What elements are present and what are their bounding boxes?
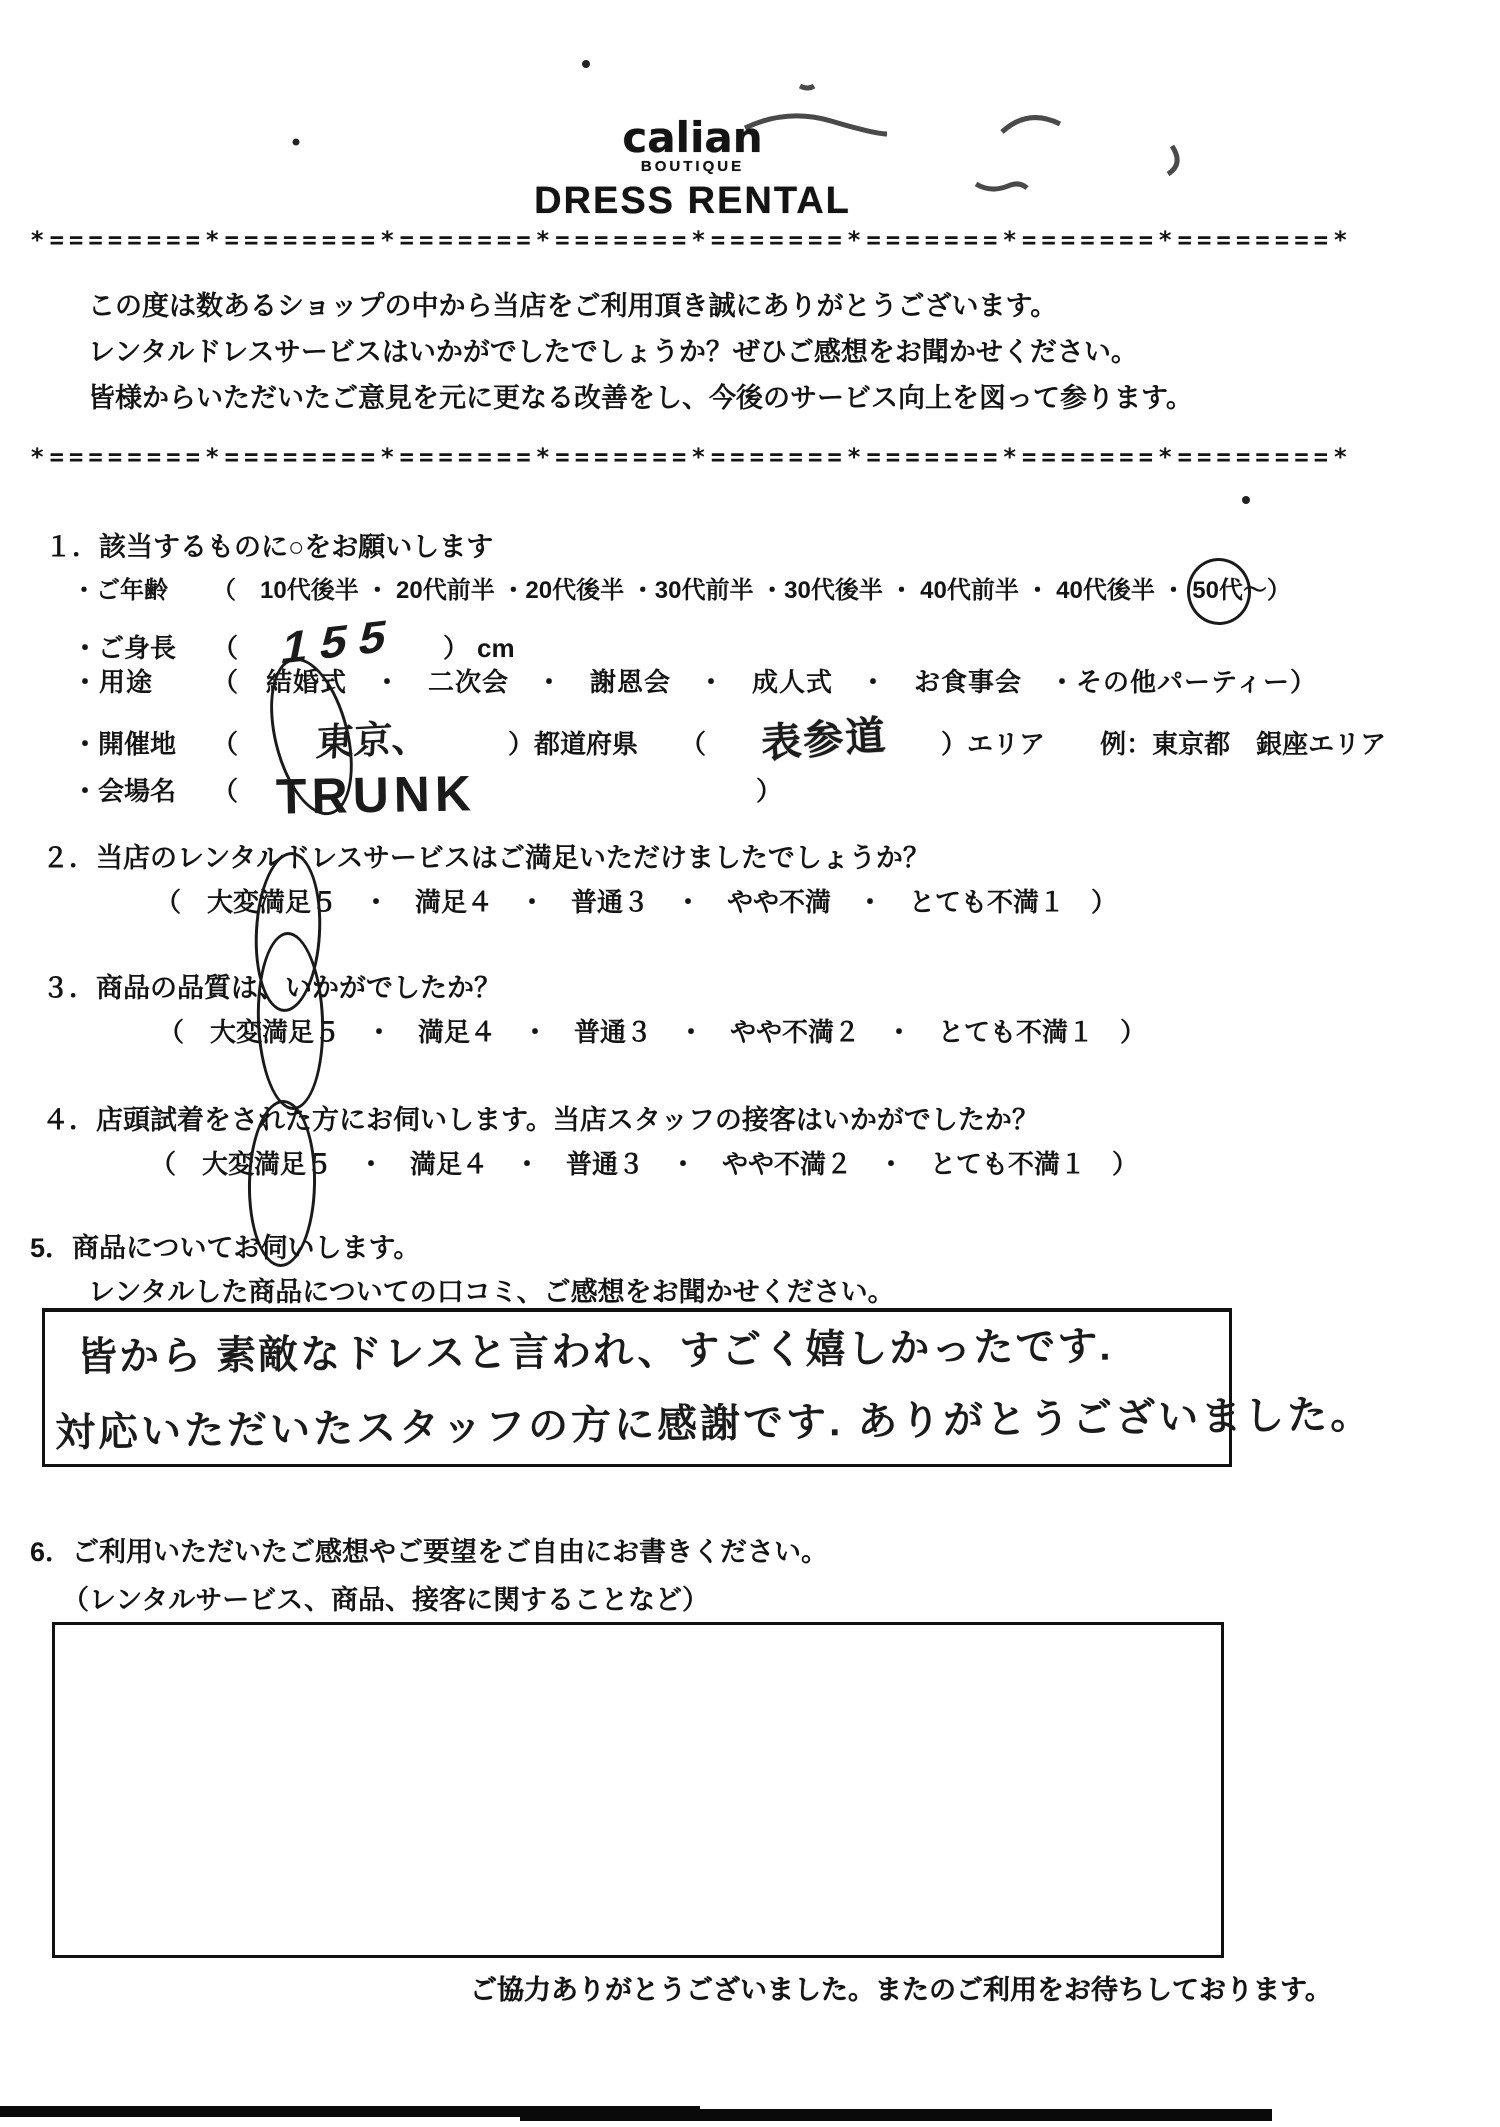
q1-height-open-paren: （ — [212, 633, 238, 663]
handwritten-comment-line-2: 対応いただいたスタッフの方に感謝です. ありがとうございました。 — [55, 1383, 1374, 1458]
q1-venue-open-paren: （ — [212, 776, 238, 806]
intro-line-2: レンタルドレスサービスはいかがでしたでしょうか？ぜひご感想をお聞かせください。 — [88, 329, 1193, 375]
q1-venue-row: ・会場名（TRUNK） — [72, 754, 782, 812]
q3-selected-circle: 満足 — [262, 1012, 314, 1049]
brand-sublabel: BOUTIQUE — [0, 158, 1385, 176]
q4-options-row: （ 大変満足５ ・ 満足４ ・ 普通３ ・ やや不満２ ・ とても不満１ ） — [150, 1144, 1138, 1181]
q1-place-area-suffix: ）エリア — [941, 729, 1045, 759]
q4-selected-circle: 満足 — [254, 1144, 306, 1181]
separator-bottom: *========*========*=======*=======*=====… — [30, 443, 1360, 471]
q5-heading: 5．商品についてお伺いします。 — [30, 1226, 420, 1265]
q1-age-label: ・ご年齢 — [72, 570, 212, 605]
intro-paragraph: この度は数あるショップの中から当店をご利用頂き誠にありがとうございます。 レンタ… — [88, 283, 1193, 421]
q2-options-pre: （ 大変 — [155, 887, 259, 917]
q6-subheading: （レンタルサービス、商品、接客に関することなど） — [62, 1578, 709, 1617]
q1-height-label: ・ご身長 — [72, 628, 212, 665]
handwritten-comment-line-1: 皆から 素敵なドレスと言われ、すごく嬉しかったです. — [77, 1315, 1113, 1383]
q1-purpose-open: （ — [212, 667, 266, 697]
q3-options-pre: （ 大変 — [158, 1017, 262, 1047]
q6-heading: 6．ご利用いただいたご感想やご要望をご自由にお書きください。 — [30, 1530, 828, 1569]
intro-line-1: この度は数あるショップの中から当店をご利用頂き誠にありがとうございます。 — [88, 283, 1193, 329]
q6-comment-box — [52, 1622, 1224, 1958]
handwritten-venue-name: TRUNK — [276, 764, 477, 825]
brand-logo: calian — [0, 118, 1385, 158]
q4-options-post: ５ ・ 満足４ ・ 普通３ ・ やや不満２ ・ とても不満１ ） — [306, 1149, 1138, 1179]
q1-age-options: （ 10代後半 ・ 20代前半 ・20代後半 ・30代前半 ・30代後半 ・ 4… — [212, 577, 1192, 604]
separator-top: *========*========*=======*=======*=====… — [30, 226, 1360, 254]
q4-options-pre: （ 大変 — [150, 1149, 254, 1179]
q3-heading: ３．商品の品質は、いかがでしたか？ — [42, 966, 501, 1005]
q3-options-row: （ 大変満足５ ・ 満足４ ・ 普通３ ・ やや不満２ ・ とても不満１ ） — [158, 1012, 1146, 1049]
q1-purpose-label: ・用途 — [72, 662, 212, 699]
header: calian BOUTIQUE DRESS RENTAL — [0, 118, 1385, 222]
q1-age-selected-circle: 50代 — [1192, 570, 1243, 605]
q4-heading: ４．店頭試着をされた方にお伺いします。当店スタッフの接客はいかがでしたか？ — [42, 1098, 1039, 1137]
q1-purpose-options: ・ 二次会 ・ 謝恩会 ・ 成人式 ・ お食事会 ・その他パーティー） — [347, 667, 1317, 697]
page-title: DRESS RENTAL — [0, 180, 1385, 222]
q1-venue-label: ・会場名 — [72, 771, 212, 808]
q2-options-row: （ 大変満足５ ・ 満足４ ・ 普通３ ・ やや不満 ・ とても不満１ ） — [155, 882, 1117, 919]
q1-height-row: ・ご身長（155）cm — [72, 614, 515, 668]
q2-selected-circle: 満足 — [259, 882, 311, 919]
q1-purpose-selected-circle: 結婚式 — [266, 662, 347, 699]
q3-options-post: ５ ・ 満足４ ・ 普通３ ・ やや不満２ ・ とても不満１ ） — [314, 1017, 1146, 1047]
q1-height-answer-slot: 155 — [238, 614, 443, 668]
q1-purpose-row: ・用途（ 結婚式 ・ 二次会 ・ 謝恩会 ・ 成人式 ・ お食事会 ・その他パー… — [72, 662, 1317, 699]
q1-height-unit: cm — [477, 633, 515, 663]
intro-line-3: 皆様からいただいたご意見を元に更なる改善をし、今後のサービス向上を図って参ります… — [88, 375, 1193, 421]
q5-subheading: レンタルした商品についての口コミ、ご感想をお聞かせください。 — [88, 1270, 895, 1309]
q2-options-post: ５ ・ 満足４ ・ 普通３ ・ やや不満 ・ とても不満１ ） — [311, 887, 1117, 917]
q2-heading: ２．当店のレンタルドレスサービスはご満足いただけましたでしょうか？ — [42, 836, 930, 875]
q1-age-tail: ～） — [1243, 577, 1291, 604]
footer-thanks: ご協力ありがとうございました。またのご利用をお待ちしております。 — [470, 1968, 1332, 2007]
q1-venue-answer-slot: TRUNK — [238, 754, 756, 812]
q5-comment-box: 皆から 素敵なドレスと言われ、すごく嬉しかったです. 対応いただいたスタッフの方… — [42, 1308, 1232, 1467]
q1-age-row: ・ご年齢（ 10代後半 ・ 20代前半 ・20代後半 ・30代前半 ・30代後半… — [72, 570, 1291, 605]
q1-heading: １．該当するものに○をお願いします — [45, 525, 493, 564]
q1-place-example: 例：東京都 銀座エリア — [1100, 729, 1386, 759]
q1-height-close-paren: ） — [443, 633, 469, 663]
survey-page: calian BOUTIQUE DRESS RENTAL *========*=… — [0, 0, 1500, 2127]
q1-venue-close-paren: ） — [756, 776, 782, 806]
